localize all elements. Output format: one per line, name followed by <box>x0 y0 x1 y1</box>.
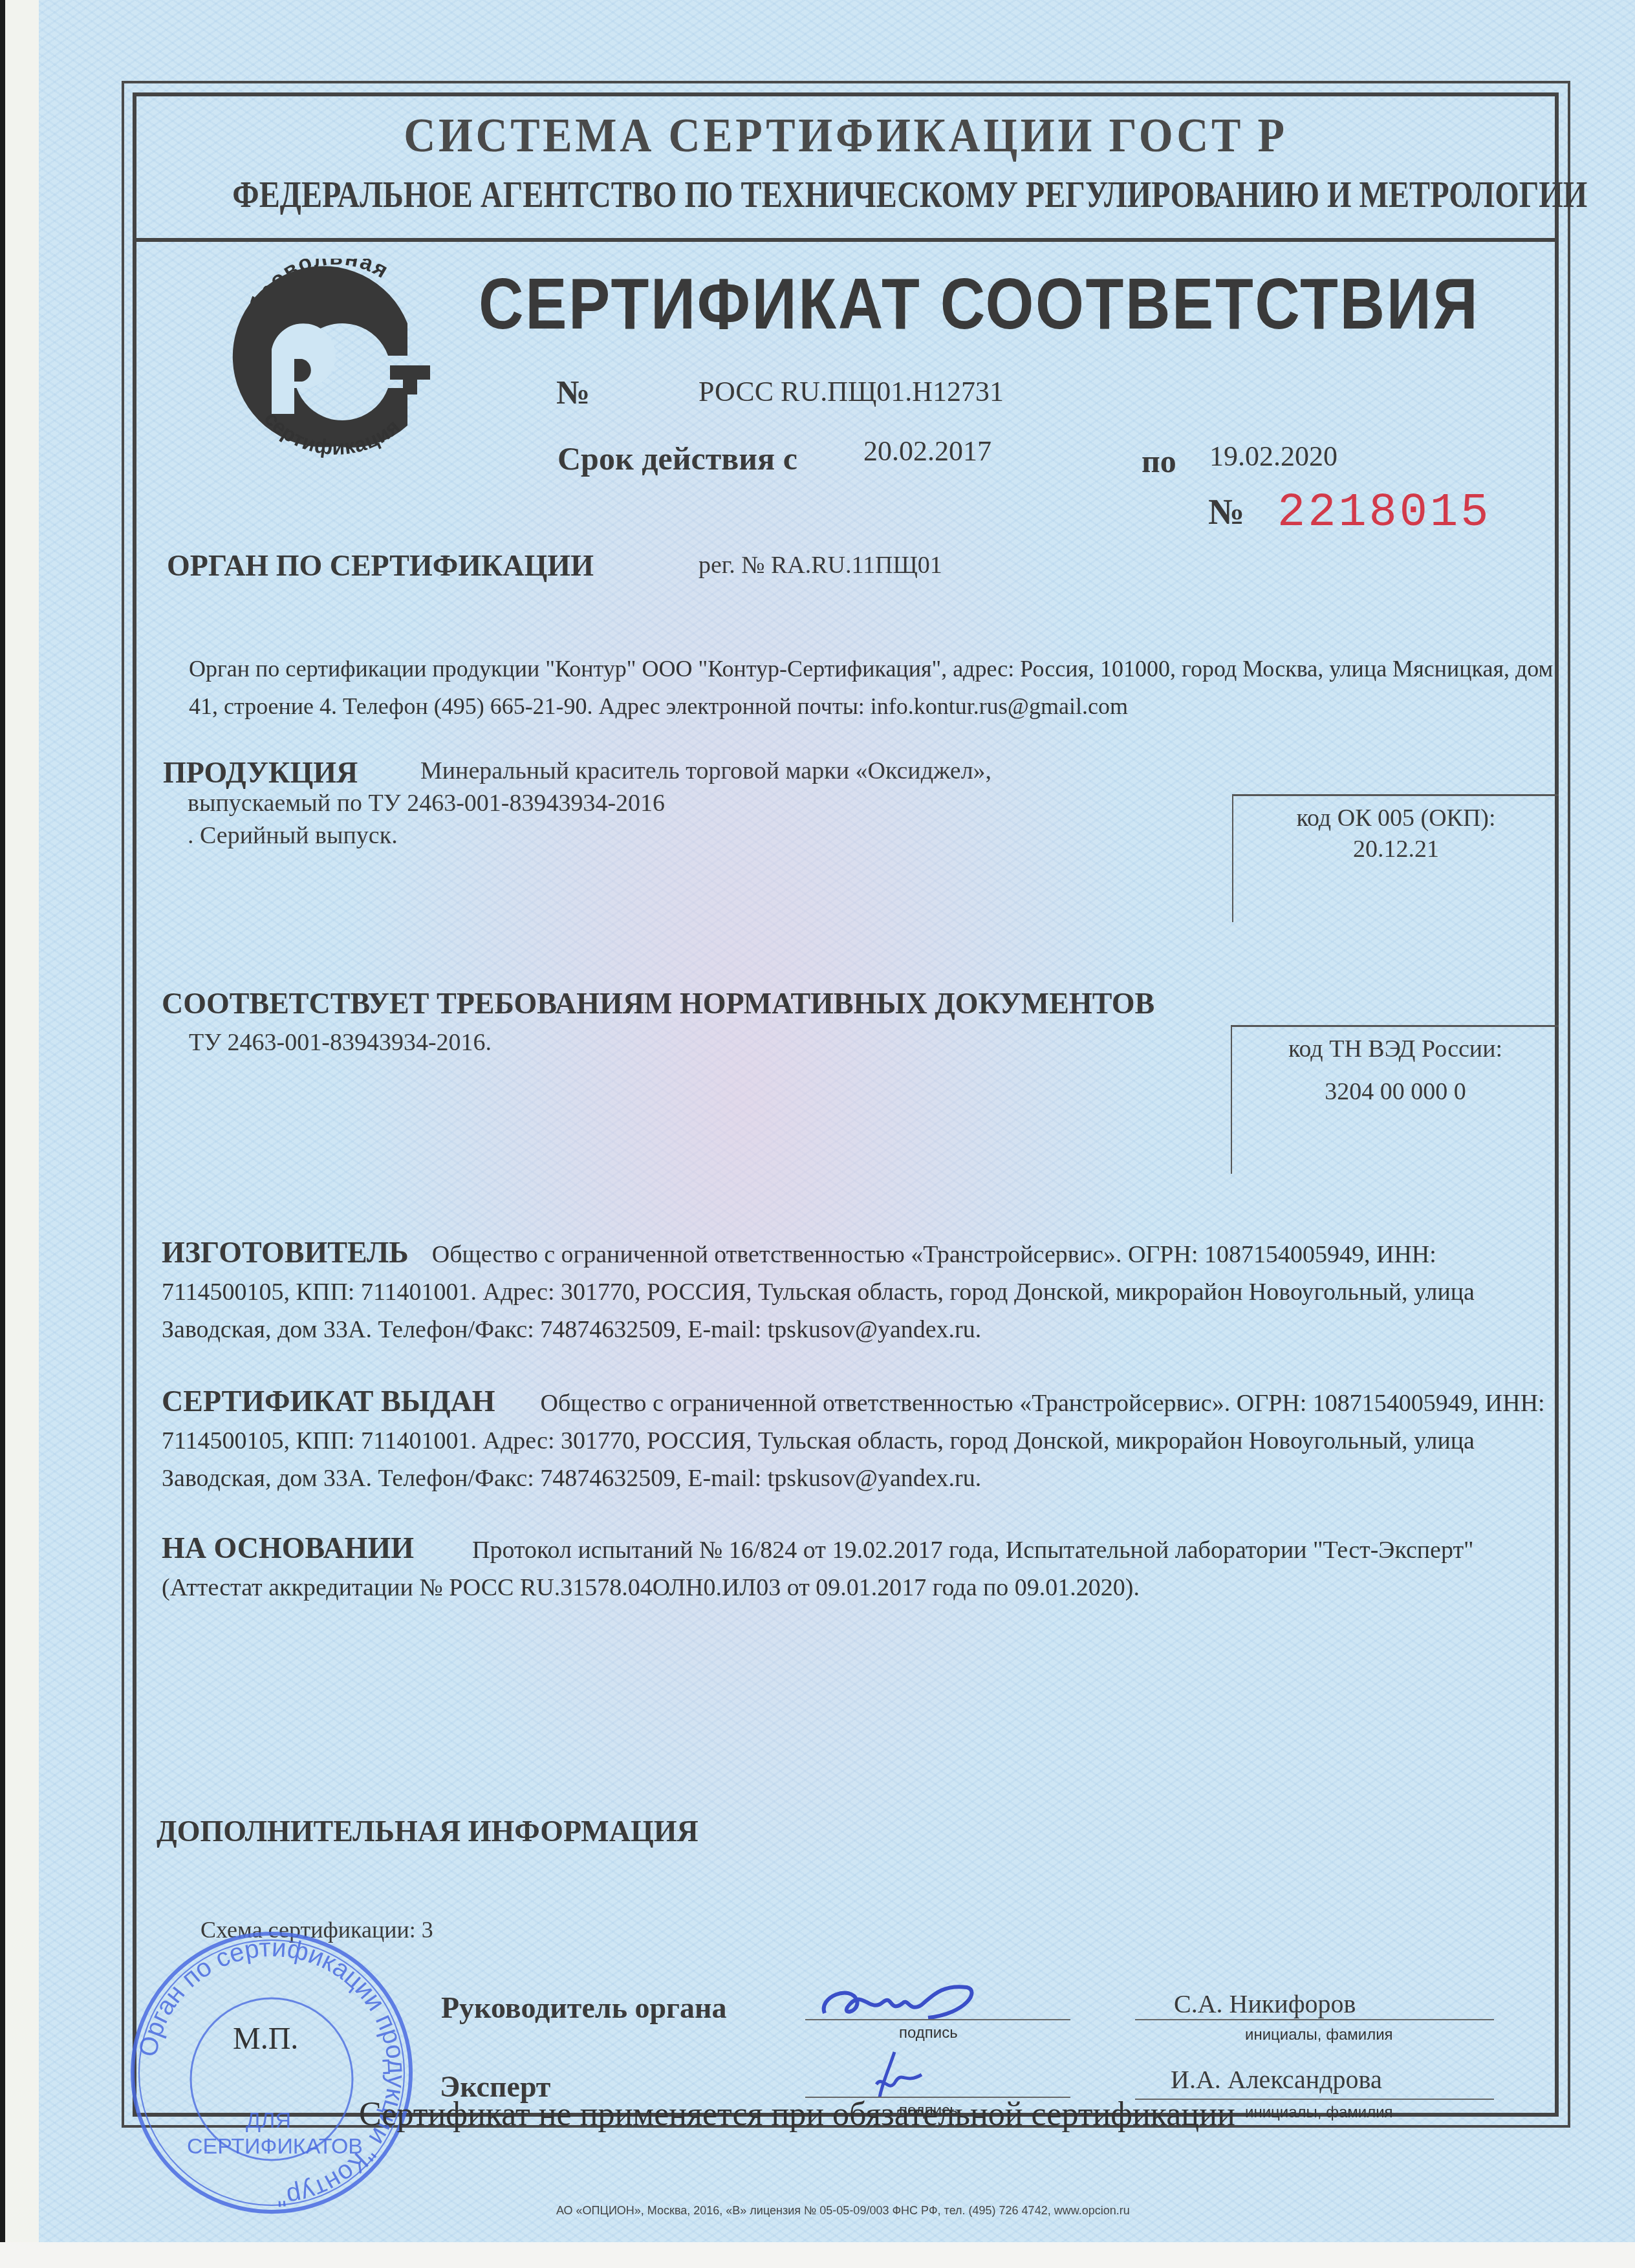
conformity-heading: СООТВЕТСТВУЕТ ТРЕБОВАНИЯМ НОРМАТИВНЫХ ДО… <box>162 986 1154 1021</box>
stamp-center-line-1: ДЛЯ <box>246 2108 291 2133</box>
header-divider <box>133 238 1559 242</box>
okp-code-label: код ОК 005 (ОКП): <box>1233 804 1559 832</box>
valid-to-date: 19.02.2020 <box>1209 440 1337 473</box>
form-number-sign: № <box>1208 491 1244 533</box>
head-signature-line <box>805 2019 1070 2020</box>
tnved-code-label: код ТН ВЭД России: <box>1232 1035 1559 1063</box>
head-name-line <box>1135 2019 1494 2020</box>
okp-code-box: код ОК 005 (ОКП): 20.12.21 <box>1232 794 1559 922</box>
valid-from-date: 20.02.2017 <box>863 435 991 468</box>
number-sign: № <box>556 374 590 412</box>
basis-section: НА ОСНОВАНИИПротокол испытаний № 16/824 … <box>162 1529 1552 1606</box>
expert-name-caption: инициалы, фамилия <box>1245 2104 1393 2122</box>
manufacturer-section: ИЗГОТОВИТЕЛЬОбщество с ограниченной отве… <box>162 1234 1552 1348</box>
issued-to-heading: СЕРТИФИКАТ ВЫДАН <box>162 1385 495 1418</box>
rst-logo-icon: Добровольная сертификация <box>230 259 443 466</box>
product-heading: ПРОДУКЦИЯ <box>163 755 358 790</box>
stamp-center-line-2: СЕРТИФИКАТОВ <box>187 2134 363 2159</box>
conformity-text: ТУ 2463-001-83943934-2016. <box>189 1028 492 1057</box>
head-name-caption: инициалы, фамилия <box>1245 2026 1393 2044</box>
additional-info-heading: ДОПОЛНИТЕЛЬНАЯ ИНФОРМАЦИЯ <box>157 1814 698 1848</box>
voluntary-certification-note: Сертификат не применяется при обязательн… <box>359 2095 1235 2133</box>
okp-code-value: 20.12.21 <box>1233 835 1559 863</box>
certification-body-heading: ОРГАН ПО СЕРТИФИКАЦИИ <box>167 548 594 583</box>
seal-place-label: М.П. <box>233 2021 298 2057</box>
product-line-1: Минеральный краситель торговой марки «Ок… <box>420 757 991 785</box>
certification-body-reg-no: рег. № RA.RU.11ПЩ01 <box>698 551 942 579</box>
expert-name: И.А. Александрова <box>1171 2064 1382 2095</box>
issued-to-section: СЕРТИФИКАТ ВЫДАНОбщество с ограниченной … <box>162 1383 1552 1497</box>
system-title: СИСТЕМА СЕРТИФИКАЦИИ ГОСТ Р <box>189 109 1502 164</box>
tnved-code-value: 3204 00 000 0 <box>1232 1077 1559 1106</box>
basis-heading: НА ОСНОВАНИИ <box>162 1531 414 1564</box>
head-signature-caption: подпись <box>899 2024 958 2042</box>
seal-stamp-icon: Орган по сертификации продукции "Контур"… <box>123 1924 420 2221</box>
tnved-code-box: код ТН ВЭД России: 3204 00 000 0 <box>1231 1025 1559 1174</box>
scan-edge <box>0 0 39 2268</box>
certificate-number: РОСС RU.ПЩ01.Н12731 <box>698 375 1004 408</box>
product-line-2: выпускаемый по ТУ 2463-001-83943934-2016 <box>188 789 665 817</box>
manufacturer-heading: ИЗГОТОВИТЕЛЬ <box>162 1236 409 1269</box>
document-title: СЕРТИФИКАТ СООТВЕТСТВИЯ <box>479 262 1479 345</box>
agency-title: ФЕДЕРАЛЬНОЕ АГЕНТСТВО ПО ТЕХНИЧЕСКОМУ РЕ… <box>232 175 1458 216</box>
product-line-3: . Серийный выпуск. <box>188 821 398 850</box>
head-of-body-label: Руководитель органа <box>441 1991 726 2025</box>
certification-body-text: Орган по сертификации продукции "Контур"… <box>189 650 1554 725</box>
scan-edge-bottom <box>0 2242 1635 2268</box>
expert-signature-icon <box>870 2049 928 2101</box>
head-name: С.А. Никифоров <box>1174 1989 1356 2019</box>
form-serial-number: 2218015 <box>1277 486 1491 539</box>
valid-to-label: по <box>1142 442 1176 480</box>
validity-label: Срок действия с <box>558 440 797 477</box>
printer-imprint: АО «ОПЦИОН», Москва, 2016, «В» лицензия … <box>556 2204 1130 2218</box>
